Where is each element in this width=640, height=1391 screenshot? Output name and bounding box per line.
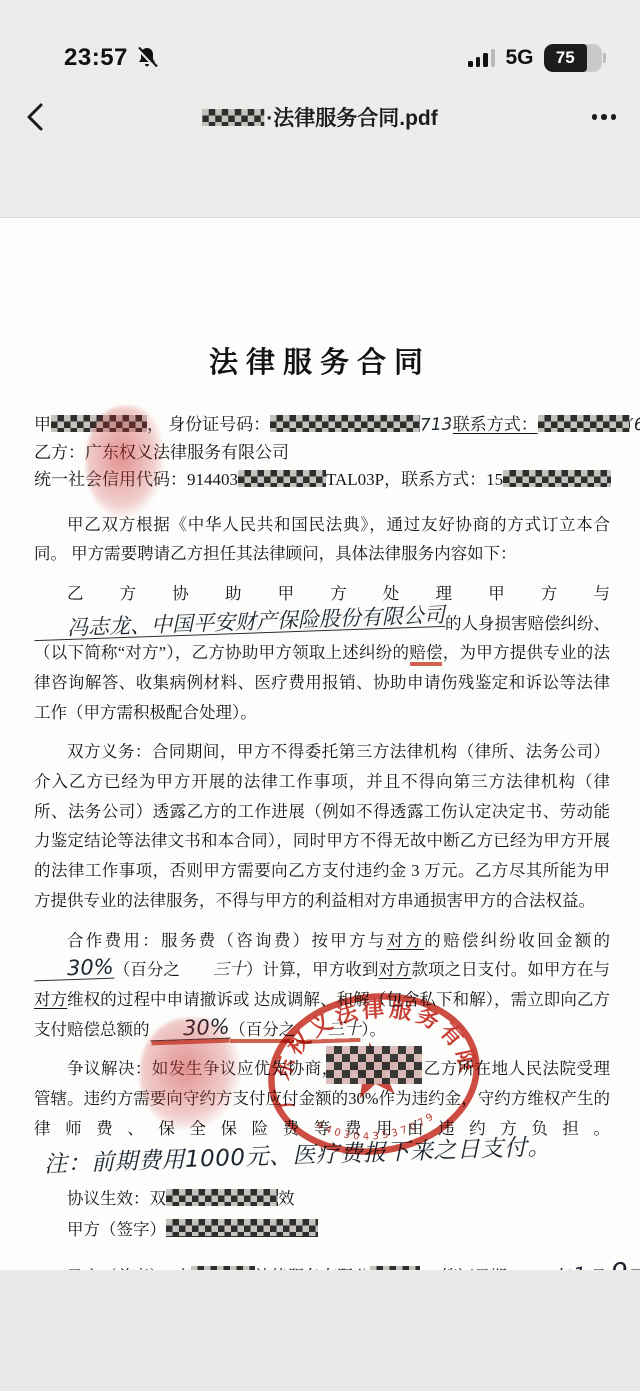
paragraph-dispute: 争议解决：如发生争议应优先协商，协商不成由乙方所在地人民法院受理管辖。违约方需要…: [34, 1054, 610, 1173]
network-type: 5G: [505, 46, 533, 70]
viewer-background: [0, 1270, 640, 1391]
party-info: 甲， 身份证号码：713联系方式：′67 乙方：广东权义法律服务有限公司 统一社…: [34, 411, 610, 494]
status-bar: 23:57 5G 75: [0, 0, 640, 86]
chevron-left-icon: [24, 102, 46, 132]
party-line-b: 乙方：广东权义法律服务有限公司: [34, 439, 610, 467]
contract-title: 法律服务合同: [0, 340, 640, 381]
redaction-block: [238, 470, 326, 487]
pdf-viewer-scroll-area[interactable]: 法律服务合同 甲， 身份证号码：713联系方式：′67 乙方：广东权义法律服务有…: [0, 148, 640, 1391]
redaction-block: [51, 415, 147, 432]
bell-slash-icon: [136, 46, 158, 70]
signal-strength-icon: [468, 49, 495, 67]
battery-percent: 75: [544, 44, 588, 72]
party-a-signature-line: 甲方（签字）: [34, 1214, 610, 1245]
redaction-block-seal: [326, 1046, 422, 1084]
contract-body: 甲乙双方根据《中华人民共和国民法典》，通过友好协商的方式订立本合同。 甲方需要聘…: [34, 510, 610, 1173]
redaction-block: [166, 1219, 318, 1237]
effective-line: 协议生效：双效: [34, 1183, 610, 1214]
redaction-block: [270, 415, 420, 432]
paragraph-service-scope: 乙方协助甲方处理甲方与冯志龙、中国平安财产保险股份有限公司的人身损害赔偿纠纷、（…: [34, 579, 610, 727]
paragraph-fees: 合作费用：服务费（咨询费）按甲方与对方的赔偿纠纷收回金额的30%（百分之三十）计…: [34, 926, 610, 1045]
back-button[interactable]: [24, 97, 64, 137]
paragraph-intro: 甲乙双方根据《中华人民共和国民法典》，通过友好协商的方式订立本合同。 甲方需要聘…: [34, 510, 610, 569]
party-line-a: 甲， 身份证号码：713联系方式：′67: [34, 411, 610, 439]
file-title: ·法律服务合同.pdf: [202, 102, 437, 132]
party-line-credit-code: 统一社会信用代码：914403TAL03P，联系方式：15: [34, 466, 610, 494]
redaction-block: [166, 1189, 278, 1206]
battery-icon: 75: [544, 44, 607, 72]
redaction-block: [538, 415, 630, 432]
clock: 23:57: [64, 44, 128, 72]
contract-page: 法律服务合同 甲， 身份证号码：713联系方式：′67 乙方：广东权义法律服务有…: [0, 218, 640, 1270]
paragraph-obligations: 双方义务：合同期间，甲方不得委托第三方法律机构（律所、法务公司）介入乙方已经为甲…: [34, 737, 610, 915]
nav-bar: ·法律服务合同.pdf: [0, 86, 640, 148]
more-button[interactable]: [568, 97, 616, 137]
redaction-block: [503, 470, 611, 487]
redaction-block: [202, 109, 264, 126]
